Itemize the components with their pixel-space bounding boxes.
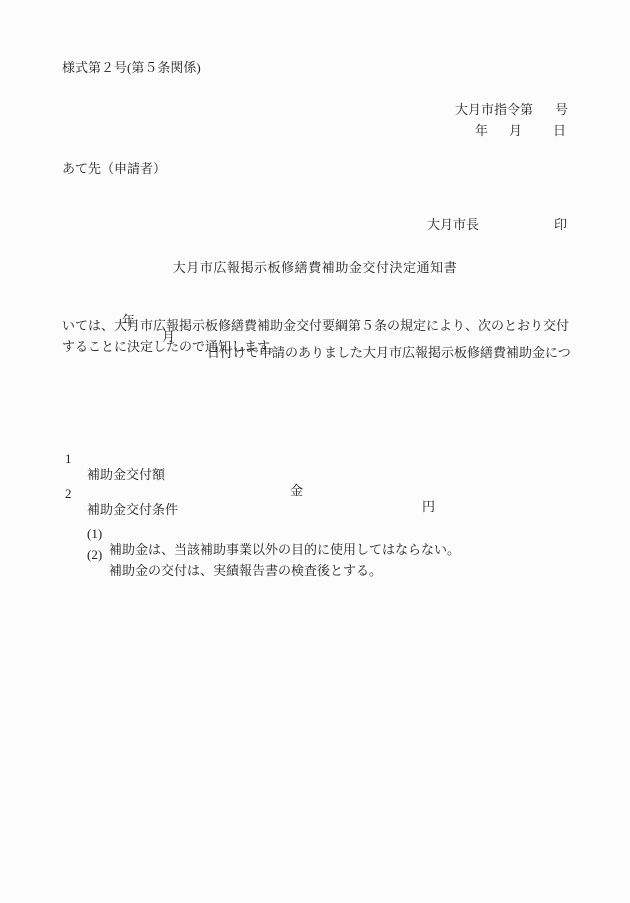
directive-number-line: 大月市指令第号 <box>442 86 568 102</box>
condition-item-1: (1) 補助金は、当該補助事業以外の目的に使用してはならない。 <box>0 510 630 526</box>
condition-item-2: (2) 補助金の交付は、実績報告書の検査後とする。 <box>0 531 630 547</box>
seal-mark: 印 <box>554 217 567 232</box>
item-grant-conditions: 2 補助金交付条件 <box>0 470 630 486</box>
body-paragraph-line-2: いては、大月市広報掲示板修繕費補助金交付要綱第５条の規定により、次のとおり交付 <box>62 318 569 334</box>
date-year-label: 年 <box>475 123 488 138</box>
document-title: 大月市広報掲示板修繕費補助金交付決定通知書 <box>0 260 630 276</box>
body-paragraph-line-3: することに決定したので通知します。 <box>62 339 282 355</box>
item-grant-amount: 1 補助金交付額 金 円 <box>0 435 630 451</box>
condition-2-text: 補助金の交付は、実績報告書の検査後とする。 <box>109 563 382 579</box>
item-2-number: 2 <box>65 486 72 502</box>
body-paragraph-line-1: 年 月 日付けで申請のありました大月市広報掲示板修繕費補助金につ <box>0 297 630 313</box>
item-1-number: 1 <box>65 451 72 467</box>
date-month-label: 月 <box>509 123 522 138</box>
document-page: 様式第２号(第５条関係) 大月市指令第号 年月日 あて先（申請者） 大月市長印 … <box>0 0 630 903</box>
mayor-title: 大月市長 <box>427 217 479 232</box>
condition-2-number: (2) <box>87 547 102 563</box>
issue-date-line: 年月日 <box>462 107 566 123</box>
date-day-label: 日 <box>553 123 566 138</box>
mayor-signature-line: 大月市長印 <box>414 201 567 217</box>
addressee-line: あて先（申請者） <box>62 161 166 177</box>
form-number: 様式第２号(第５条関係) <box>62 60 201 76</box>
